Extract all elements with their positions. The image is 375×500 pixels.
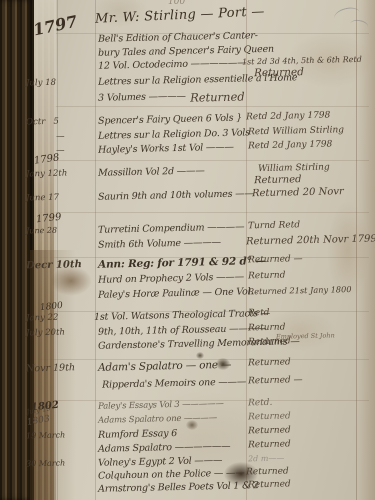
- entry-date: June 28: [26, 225, 96, 236]
- page-crease: [356, 0, 357, 500]
- ink-blot: [196, 352, 204, 359]
- entry-title: Paley's Horæ Paulinæ — One Vol.: [98, 286, 253, 301]
- entry-note: Returned: [246, 466, 289, 477]
- entry-title: Rumford Essay 6: [98, 428, 177, 441]
- entry-date: Jany 22: [26, 312, 96, 324]
- entry-date: Octr 5: [26, 116, 96, 128]
- entry-note: Returned —: [248, 375, 303, 386]
- entry-title: Ripperda's Memoirs one ———: [102, 376, 246, 390]
- entry-date: Decr 10th: [26, 259, 96, 272]
- entry-title: Lettres sur la Religion essentielle a l'…: [98, 72, 297, 88]
- entry-note: Returned: [248, 357, 291, 368]
- entry-note: Returned: [248, 411, 291, 422]
- entry-date: 30 March: [26, 458, 96, 469]
- entry-title: Armstrong's Belles Poets Vol 1 & 2: [98, 480, 259, 495]
- entry-note: Returned 21st Jany 1800: [248, 284, 352, 296]
- entry-side-note: Employed St John: [276, 331, 335, 340]
- page-number: 100: [168, 0, 185, 7]
- entry-date: 19 March: [26, 430, 96, 441]
- section-rule-line: [40, 160, 369, 161]
- entry-title: Adams Spalatro ——————: [98, 441, 231, 455]
- entry-note: Returned: [248, 479, 291, 490]
- entry-note: Retd 2d Jany 1798: [248, 139, 333, 151]
- entry-title: Volney's Egypt 2 Vol ———: [98, 455, 222, 469]
- entry-note: Returned 20 Novr: [252, 186, 344, 199]
- right-page-shading: [357, 0, 375, 500]
- ledger-page-photo: 100 Mr. W: Stirling — Port — 1797 1798 1…: [0, 0, 375, 500]
- section-rule-line: [40, 212, 369, 213]
- entry-title: Turretini Compendium ————: [98, 221, 244, 235]
- entry-note: 1st 2d 3d 4th, 5th & 6th Retd: [242, 55, 362, 67]
- entry-title: Spencer's Fairy Queen 6 Vols }: [98, 113, 242, 127]
- entry-note: Turnd Retd: [248, 220, 300, 231]
- entry-title: Ann: Reg: for 1791 & 92 d° —: [98, 255, 266, 271]
- account-holder-heading: Mr. W: Stirling — Port —: [95, 4, 265, 26]
- entry-date: Novr 19th: [26, 362, 96, 375]
- entry-date: June 17: [26, 192, 96, 204]
- entry-date: July 18: [26, 77, 96, 89]
- entry-note: Retd 2d Jany 1798: [246, 111, 331, 123]
- entry-note: Retd William Stirling: [248, 125, 344, 137]
- entry-title: Hayley's Works 1st Vol ———: [98, 142, 234, 156]
- entry-title: 12 Vol. Octodecimo ——————: [98, 57, 247, 71]
- entry-note: Returned: [248, 425, 291, 436]
- entry-date: Jany 12th: [26, 168, 96, 180]
- entry-title: Colquhoun on the Police — ——: [98, 467, 245, 481]
- entry-title: 9th, 10th, 11th of Rousseau ————: [98, 323, 266, 338]
- entry-title: Bell's Edition of Chaucer's Canter-: [98, 30, 258, 45]
- entry-note: Returned: [248, 439, 291, 450]
- entry-note: Retd.: [248, 398, 273, 409]
- entry-date: July 20th: [26, 327, 96, 339]
- entry-note: Returned: [190, 89, 245, 104]
- entry-title: Adam's Spalatro — one —: [98, 359, 231, 374]
- entry-note: Returnd: [248, 271, 286, 282]
- date-column-rule-line: [95, 0, 96, 500]
- entry-title: Massillon Vol 2d ———: [98, 165, 205, 178]
- entry-note: 2d m——: [248, 454, 285, 464]
- entry-title: Hurd on Prophecy 2 Vols ———: [98, 271, 244, 285]
- entry-title: 3 Volumes ————: [98, 91, 186, 104]
- entry-title: Lettres sur la Religion Do. 3 Vols: [98, 127, 250, 141]
- entry-note: Returned —: [248, 254, 303, 265]
- entry-note: Returned: [254, 174, 302, 186]
- entry-note: William Stirling: [258, 163, 330, 175]
- entry-note: Retd: [248, 308, 270, 318]
- entry-title: Saurin 9th and 10th volumes ——: [98, 188, 254, 203]
- section-rule-line: [40, 106, 369, 107]
- entry-title: Smith 6th Volume ————: [98, 237, 221, 251]
- entry-title: Adams Spalatro one ————: [98, 413, 217, 426]
- entry-title: Paley's Essays Vol 3 —————: [98, 399, 224, 412]
